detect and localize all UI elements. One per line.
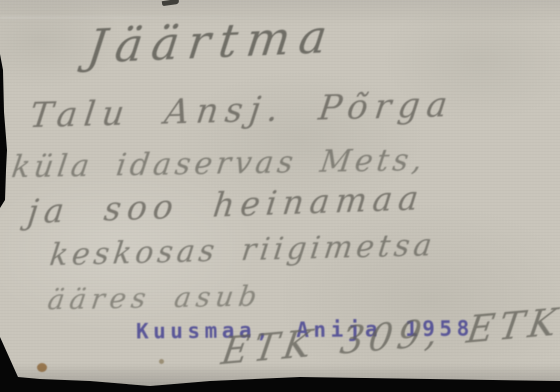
- handwritten-catalog-number: ETK 309, ETKS: [219, 297, 560, 373]
- handwritten-line-4: keskosas riigimetsa: [48, 228, 438, 273]
- paper-stain-small: [159, 359, 164, 364]
- handwritten-line-2: küla idaservas Mets,: [10, 143, 429, 185]
- paper-stain: [37, 363, 47, 372]
- paper-scrap: Jäärtma Talu Ansj. Põrga küla idaservas …: [0, 0, 560, 392]
- scanned-document: Jäärtma Talu Ansj. Põrga küla idaservas …: [0, 0, 560, 392]
- handwritten-line-5: ääres asub: [46, 279, 264, 316]
- handwritten-line-1: Talu Ansj. Põrga: [27, 85, 456, 136]
- edge-shadow: [0, 364, 560, 392]
- handwritten-title: Jäärtma: [84, 9, 339, 74]
- handwritten-line-3: ja soo heinamaa: [26, 178, 427, 231]
